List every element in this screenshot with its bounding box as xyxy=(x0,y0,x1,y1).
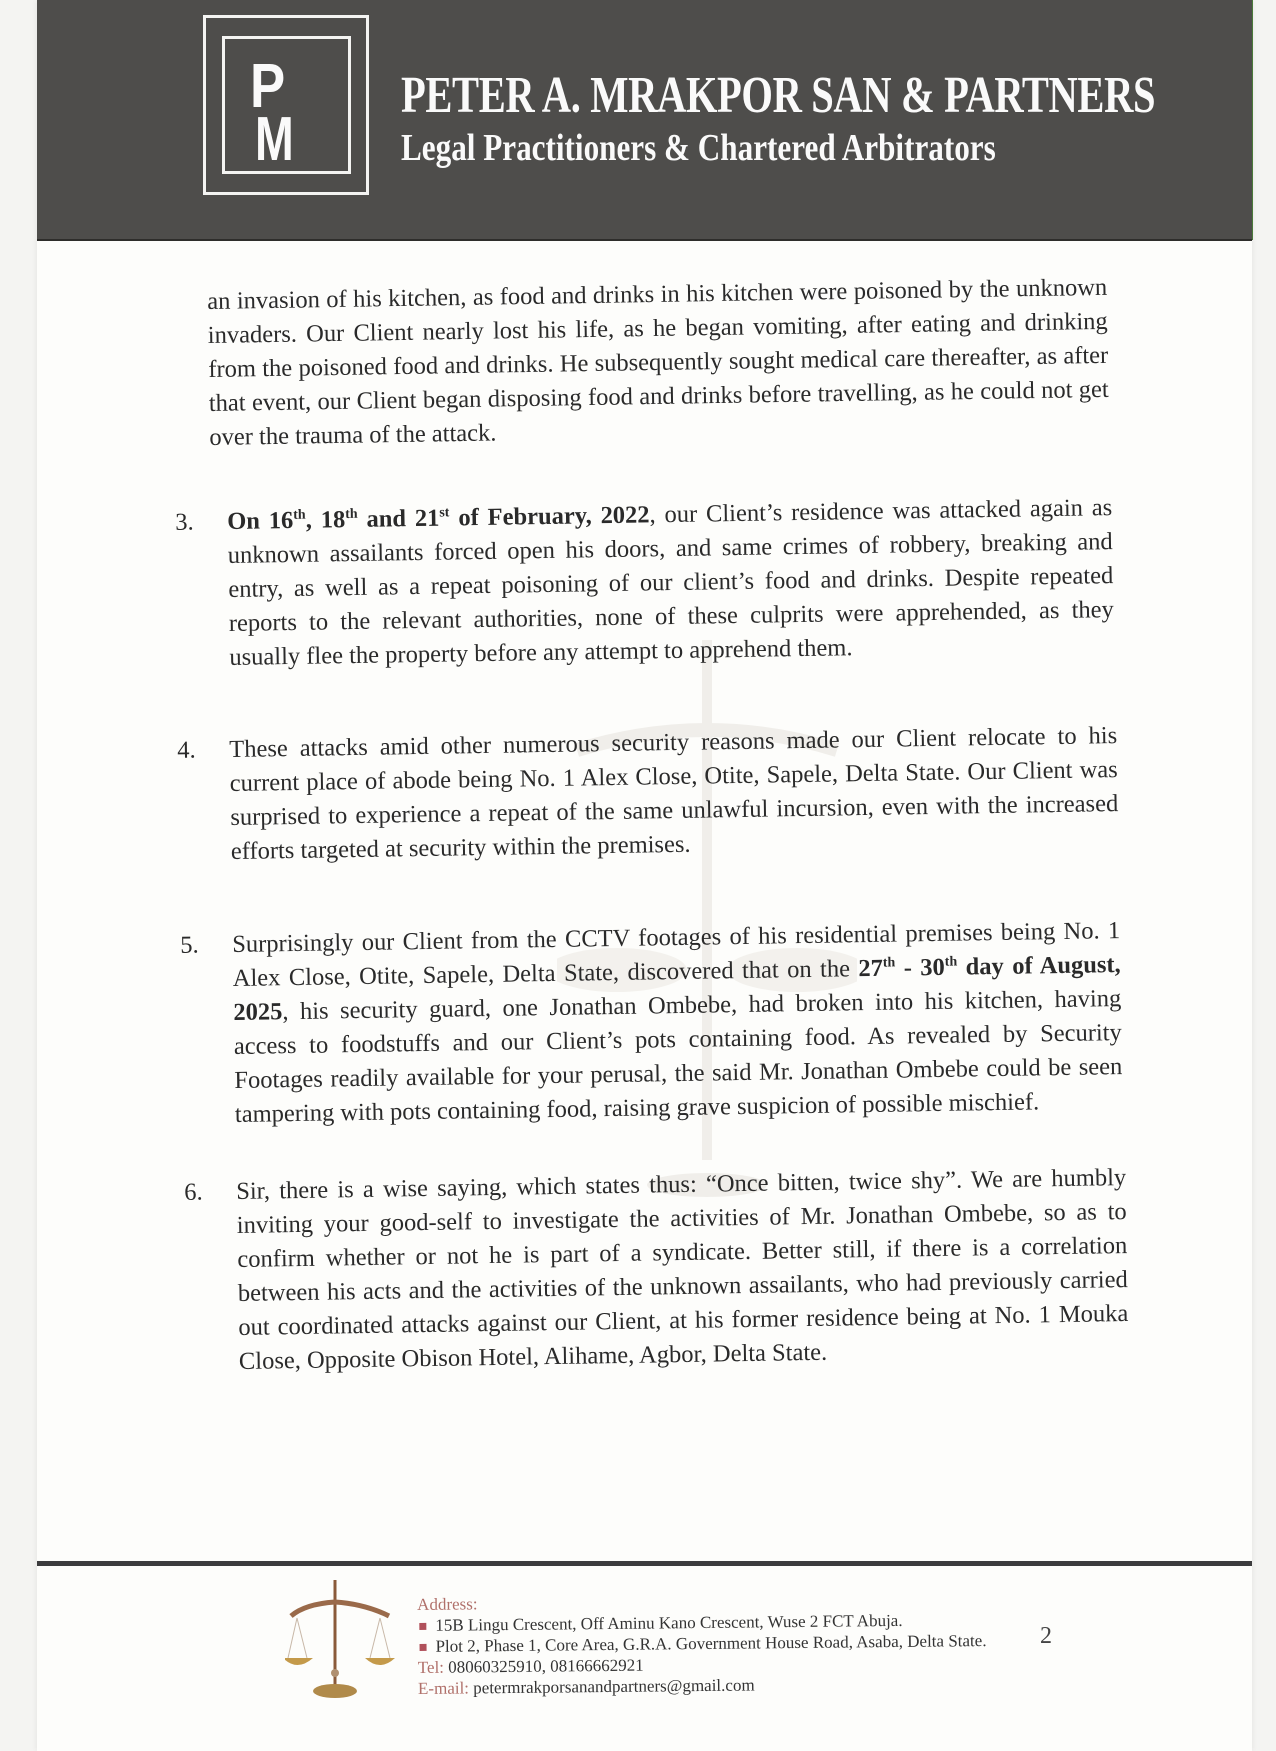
paragraph-number: 4. xyxy=(177,734,196,768)
bullet-icon xyxy=(419,1622,426,1629)
page-edge xyxy=(1252,0,1253,240)
firm-name: PETER A. MRAKPOR SAN & PARTNERS xyxy=(401,66,1155,125)
email-link[interactable]: petermrakporsanandpartners@gmail.com xyxy=(469,1675,755,1697)
firm-tagline: Legal Practitioners & Chartered Arbitrat… xyxy=(401,126,996,170)
scales-of-justice-icon xyxy=(285,1578,395,1708)
paragraph-3: 3. On 16th, 18th and 21st of February, 2… xyxy=(227,491,1115,675)
bullet-icon xyxy=(420,1643,427,1650)
paragraph-number: 6. xyxy=(184,1176,203,1210)
letterhead: P M PETER A. MRAKPOR SAN & PARTNERS Lega… xyxy=(37,0,1252,241)
paragraph-number: 5. xyxy=(180,929,199,963)
letter-page: P M PETER A. MRAKPOR SAN & PARTNERS Lega… xyxy=(37,0,1252,1751)
paragraph-4: 4. These attacks amid other numerous sec… xyxy=(229,719,1119,869)
bold-dates: On 16th, 18th and 21st of February, 2022 xyxy=(227,501,650,535)
paragraph-5: 5. Surprisingly our Client from the CCTV… xyxy=(232,914,1123,1132)
footer-divider xyxy=(37,1561,1252,1566)
firm-logo: P M xyxy=(203,15,369,195)
paragraph-number: 3. xyxy=(175,506,194,540)
logo-letter-m: M xyxy=(255,109,294,171)
paragraph-6: 6. Sir, there is a wise saying, which st… xyxy=(236,1161,1129,1379)
page-number: 2 xyxy=(1040,1623,1052,1650)
continuation-paragraph: an invasion of his kitchen, as food and … xyxy=(207,271,1110,455)
contact-block: Address: 15B Lingu Crescent, Off Aminu K… xyxy=(417,1588,987,1699)
